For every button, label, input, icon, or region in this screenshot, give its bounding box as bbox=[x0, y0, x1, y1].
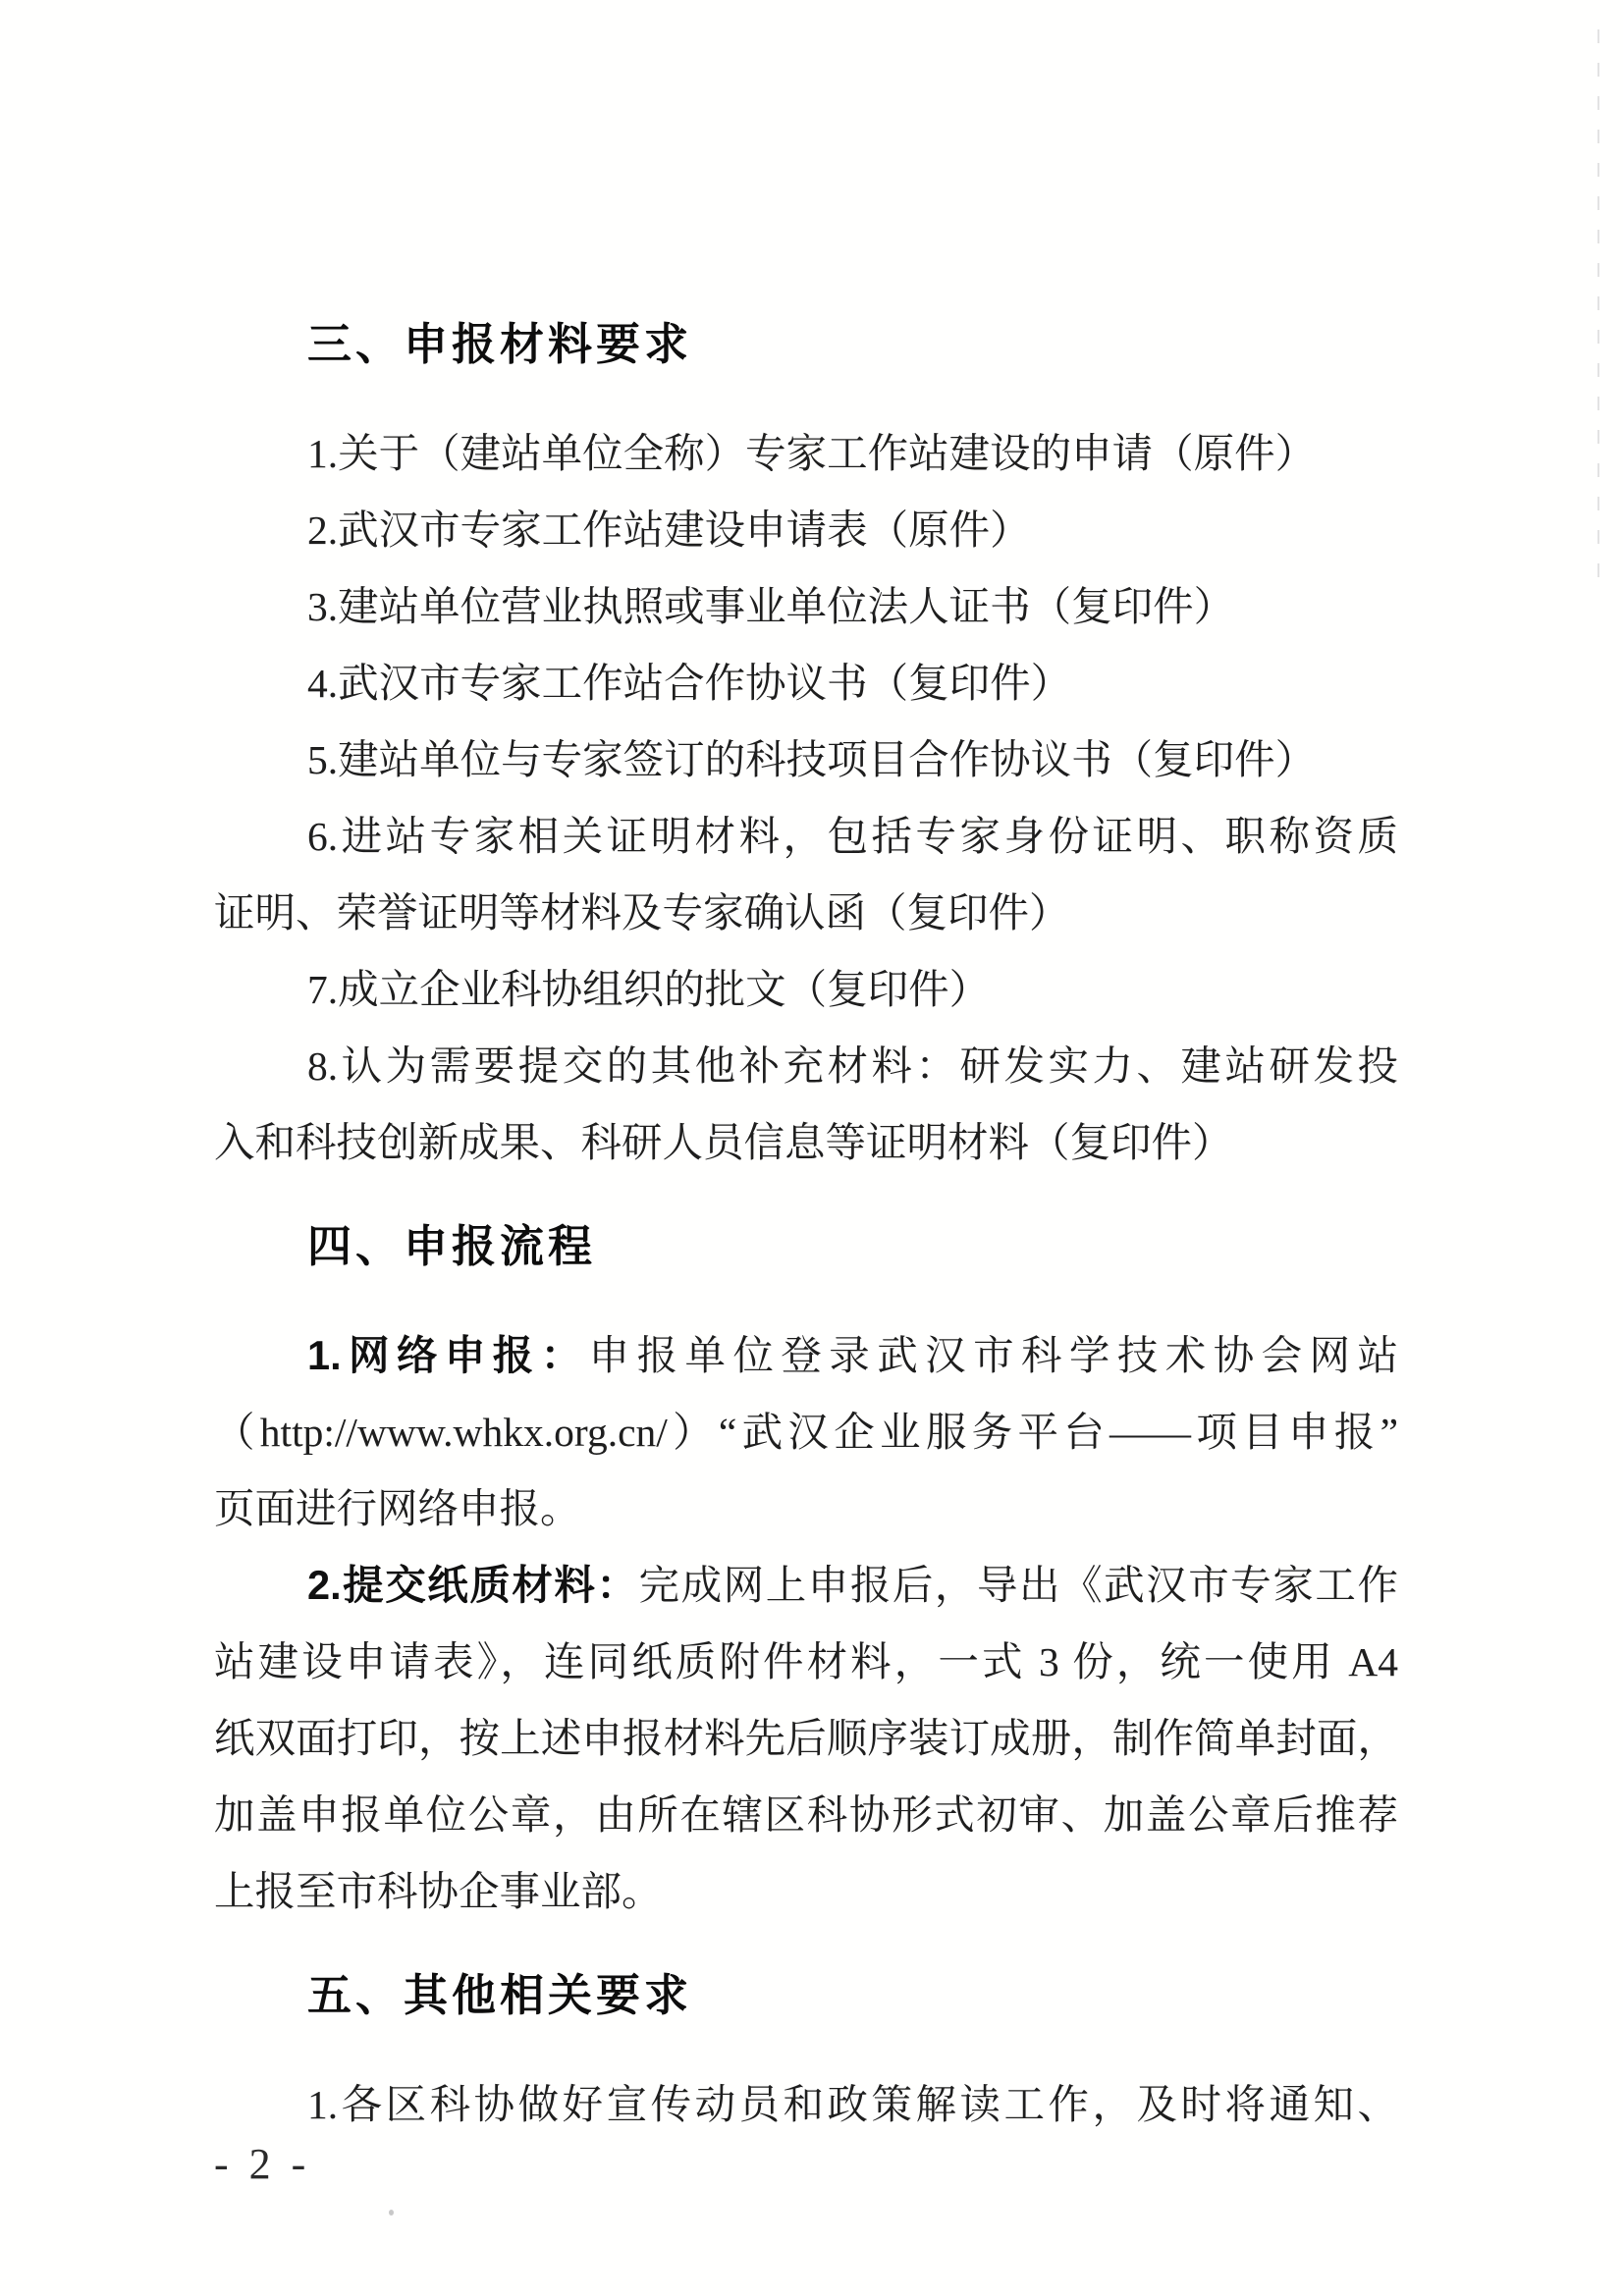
text-line: 证明、荣誉证明等材料及专家确认函（复印件） bbox=[214, 875, 1398, 951]
material-item-6: 6.进站专家相关证明材料，包括专家身份证明、职称资质 证明、荣誉证明等材料及专家… bbox=[214, 798, 1398, 951]
text-line: 4.武汉市专家工作站合作协议书（复印件） bbox=[214, 645, 1398, 721]
section-heading-other: 五、其他相关要求 bbox=[214, 1957, 1398, 2034]
paragraph-text: 完成网上申报后，导出《武汉市专家工作 bbox=[639, 1563, 1398, 1608]
material-item-4: 4.武汉市专家工作站合作协议书（复印件） bbox=[214, 645, 1398, 721]
text-line: 1.各区科协做好宣传动员和政策解读工作，及时将通知、 bbox=[214, 2066, 1398, 2143]
material-item-3: 3.建站单位营业执照或事业单位法人证书（复印件） bbox=[214, 568, 1398, 645]
process-step-online: 1.网络申报：申报单位登录武汉市科学技术协会网站 （http://www.whk… bbox=[214, 1317, 1398, 1547]
text-line: 3.建站单位营业执照或事业单位法人证书（复印件） bbox=[214, 568, 1398, 645]
scan-artifact-line bbox=[1597, 29, 1599, 579]
document-content: 三、申报材料要求 1.关于（建站单位全称）专家工作站建设的申请（原件） 2.武汉… bbox=[214, 306, 1398, 2143]
process-step-paper: 2.提交纸质材料：完成网上申报后，导出《武汉市专家工作 站建设申请表》，连同纸质… bbox=[214, 1547, 1398, 1930]
material-item-7: 7.成立企业科协组织的批文（复印件） bbox=[214, 951, 1398, 1028]
other-item-1: 1.各区科协做好宣传动员和政策解读工作，及时将通知、 bbox=[214, 2066, 1398, 2143]
material-item-1: 1.关于（建站单位全称）专家工作站建设的申请（原件） bbox=[214, 415, 1398, 492]
text-line: 页面进行网络申报。 bbox=[214, 1470, 1398, 1547]
text-line: 站建设申请表》，连同纸质附件材料，一式 3 份，统一使用 A4 bbox=[214, 1624, 1398, 1700]
text-line: 2.提交纸质材料：完成网上申报后，导出《武汉市专家工作 bbox=[214, 1547, 1398, 1624]
text-line: 7.成立企业科协组织的批文（复印件） bbox=[214, 951, 1398, 1028]
text-line: 加盖申报单位公章，由所在辖区科协形式初审、加盖公章后推荐 bbox=[214, 1777, 1398, 1853]
paragraph-lead: 2.提交纸质材料： bbox=[307, 1562, 639, 1608]
material-item-5: 5.建站单位与专家签订的科技项目合作协议书（复印件） bbox=[214, 721, 1398, 798]
text-line: 入和科技创新成果、科研人员信息等证明材料（复印件） bbox=[214, 1104, 1398, 1181]
text-line: 上报至市科协企事业部。 bbox=[214, 1853, 1398, 1930]
text-line: 6.进站专家相关证明材料，包括专家身份证明、职称资质 bbox=[214, 798, 1398, 875]
document-page: 三、申报材料要求 1.关于（建站单位全称）专家工作站建设的申请（原件） 2.武汉… bbox=[0, 0, 1623, 2296]
text-line: （http://www.whkx.org.cn/）“武汉企业服务平台——项目申报… bbox=[214, 1394, 1398, 1470]
paragraph-lead: 1.网络申报： bbox=[307, 1332, 589, 1378]
section-heading-materials: 三、申报材料要求 bbox=[214, 306, 1398, 383]
text-line: 8.认为需要提交的其他补充材料：研发实力、建站研发投 bbox=[214, 1028, 1398, 1104]
text-line: 1.网络申报：申报单位登录武汉市科学技术协会网站 bbox=[214, 1317, 1398, 1394]
text-line: 1.关于（建站单位全称）专家工作站建设的申请（原件） bbox=[214, 415, 1398, 492]
paragraph-text: 申报单位登录武汉市科学技术协会网站 bbox=[589, 1333, 1398, 1378]
text-line: 5.建站单位与专家签订的科技项目合作协议书（复印件） bbox=[214, 721, 1398, 798]
scan-artifact-speck bbox=[389, 2210, 394, 2216]
text-line: 2.武汉市专家工作站建设申请表（原件） bbox=[214, 492, 1398, 568]
text-line: 纸双面打印，按上述申报材料先后顺序装订成册，制作简单封面， bbox=[214, 1700, 1398, 1777]
page-number: - 2 - bbox=[214, 2138, 307, 2191]
section-heading-process: 四、申报流程 bbox=[214, 1208, 1398, 1285]
material-item-2: 2.武汉市专家工作站建设申请表（原件） bbox=[214, 492, 1398, 568]
material-item-8: 8.认为需要提交的其他补充材料：研发实力、建站研发投 入和科技创新成果、科研人员… bbox=[214, 1028, 1398, 1181]
